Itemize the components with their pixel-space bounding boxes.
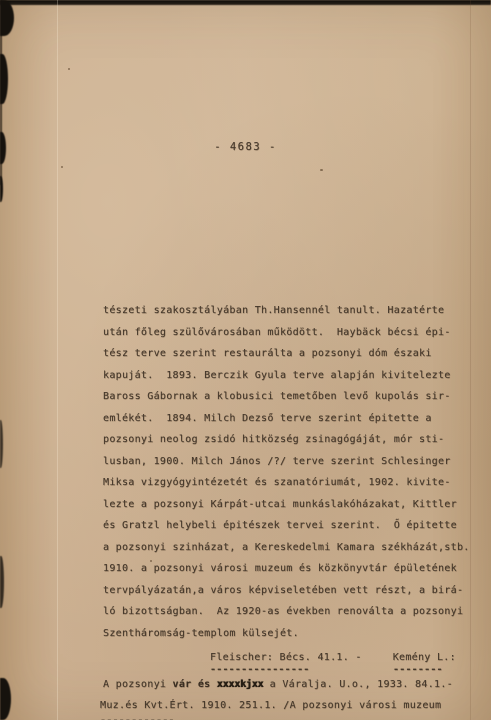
scan-speck	[68, 68, 70, 70]
scan-blotch	[0, 0, 14, 36]
body-line: után főleg szülővárosában működött. Hayb…	[103, 322, 475, 344]
body-line: lusban, 1900. Milch János /?/ terve szer…	[103, 451, 475, 473]
scan-speck	[61, 166, 63, 168]
reference-text-emphasis: vár és	[173, 679, 217, 690]
reference-text: A pozsonyi	[103, 679, 173, 690]
scan-speck	[320, 169, 323, 171]
body-line: ló bizottságban. Az 1920-as években reno…	[103, 601, 475, 623]
reference-fleischer: Fleischer: Bécs. 41.1. -	[210, 652, 362, 663]
typed-underline: --------	[393, 663, 443, 677]
scan-blotch	[0, 176, 3, 202]
reference-kemeny: Kemény L.:	[393, 652, 456, 663]
body-line: és Gratzl helybeli épitészek tervei szer…	[103, 515, 475, 537]
typed-underline-partial: ------------	[100, 714, 175, 720]
page-number: - 4683 -	[0, 141, 491, 153]
reference-line: Muz.és Kvt.Ért. 1910. 251.1. /A pozsonyi…	[100, 699, 441, 713]
scan-blotch	[0, 678, 11, 720]
body-line: emlékét. 1894. Milch Dezső terve szerint…	[103, 408, 475, 430]
reference-text: a Váralja. U.o., 1933. 84.1.-	[263, 679, 453, 690]
body-line: kapuját. 1893. Berczik Gyula terve alapj…	[103, 365, 475, 387]
paper-crease	[57, 0, 58, 720]
body-line: Miksa vizgyógyintézetét és szanatóriumát…	[103, 472, 475, 494]
body-text: tészeti szakosztályában Th.Hansennél tan…	[103, 300, 475, 644]
body-line: tészeti szakosztályában Th.Hansennél tan…	[103, 300, 475, 322]
body-line: tész terve szerint restaurálta a pozsony…	[103, 343, 475, 365]
scan-blotch	[0, 54, 8, 104]
scanned-document-page: - 4683 - tészeti szakosztályában Th.Hans…	[0, 0, 491, 720]
body-line: lezte a pozsonyi Kárpát-utcai munkáslakó…	[103, 494, 475, 516]
body-line: Baross Gábornak a klobusici temetőben le…	[103, 386, 475, 408]
scan-blotch	[0, 420, 3, 468]
body-line: tervpályázatán,a város képviseletében ve…	[103, 580, 475, 602]
scan-blotch	[0, 556, 4, 608]
struck-out-word: xxxxkjxx	[217, 679, 264, 690]
typed-underline: ----------------	[210, 663, 310, 677]
reference-line: A pozsonyi vár és xxxxkjxx a Váralja. U.…	[103, 678, 453, 692]
body-line: a pozsonyi szinházat, a Kereskedelmi Kam…	[103, 537, 475, 559]
body-line: Szentháromság-templom külsejét.	[103, 623, 475, 645]
body-line: pozsonyi neolog zsidó hitközség zsinagóg…	[103, 429, 475, 451]
scan-edge-top	[0, 0, 491, 5]
body-line: 1910. a pozsonyi városi muzeum és közkön…	[103, 558, 475, 580]
